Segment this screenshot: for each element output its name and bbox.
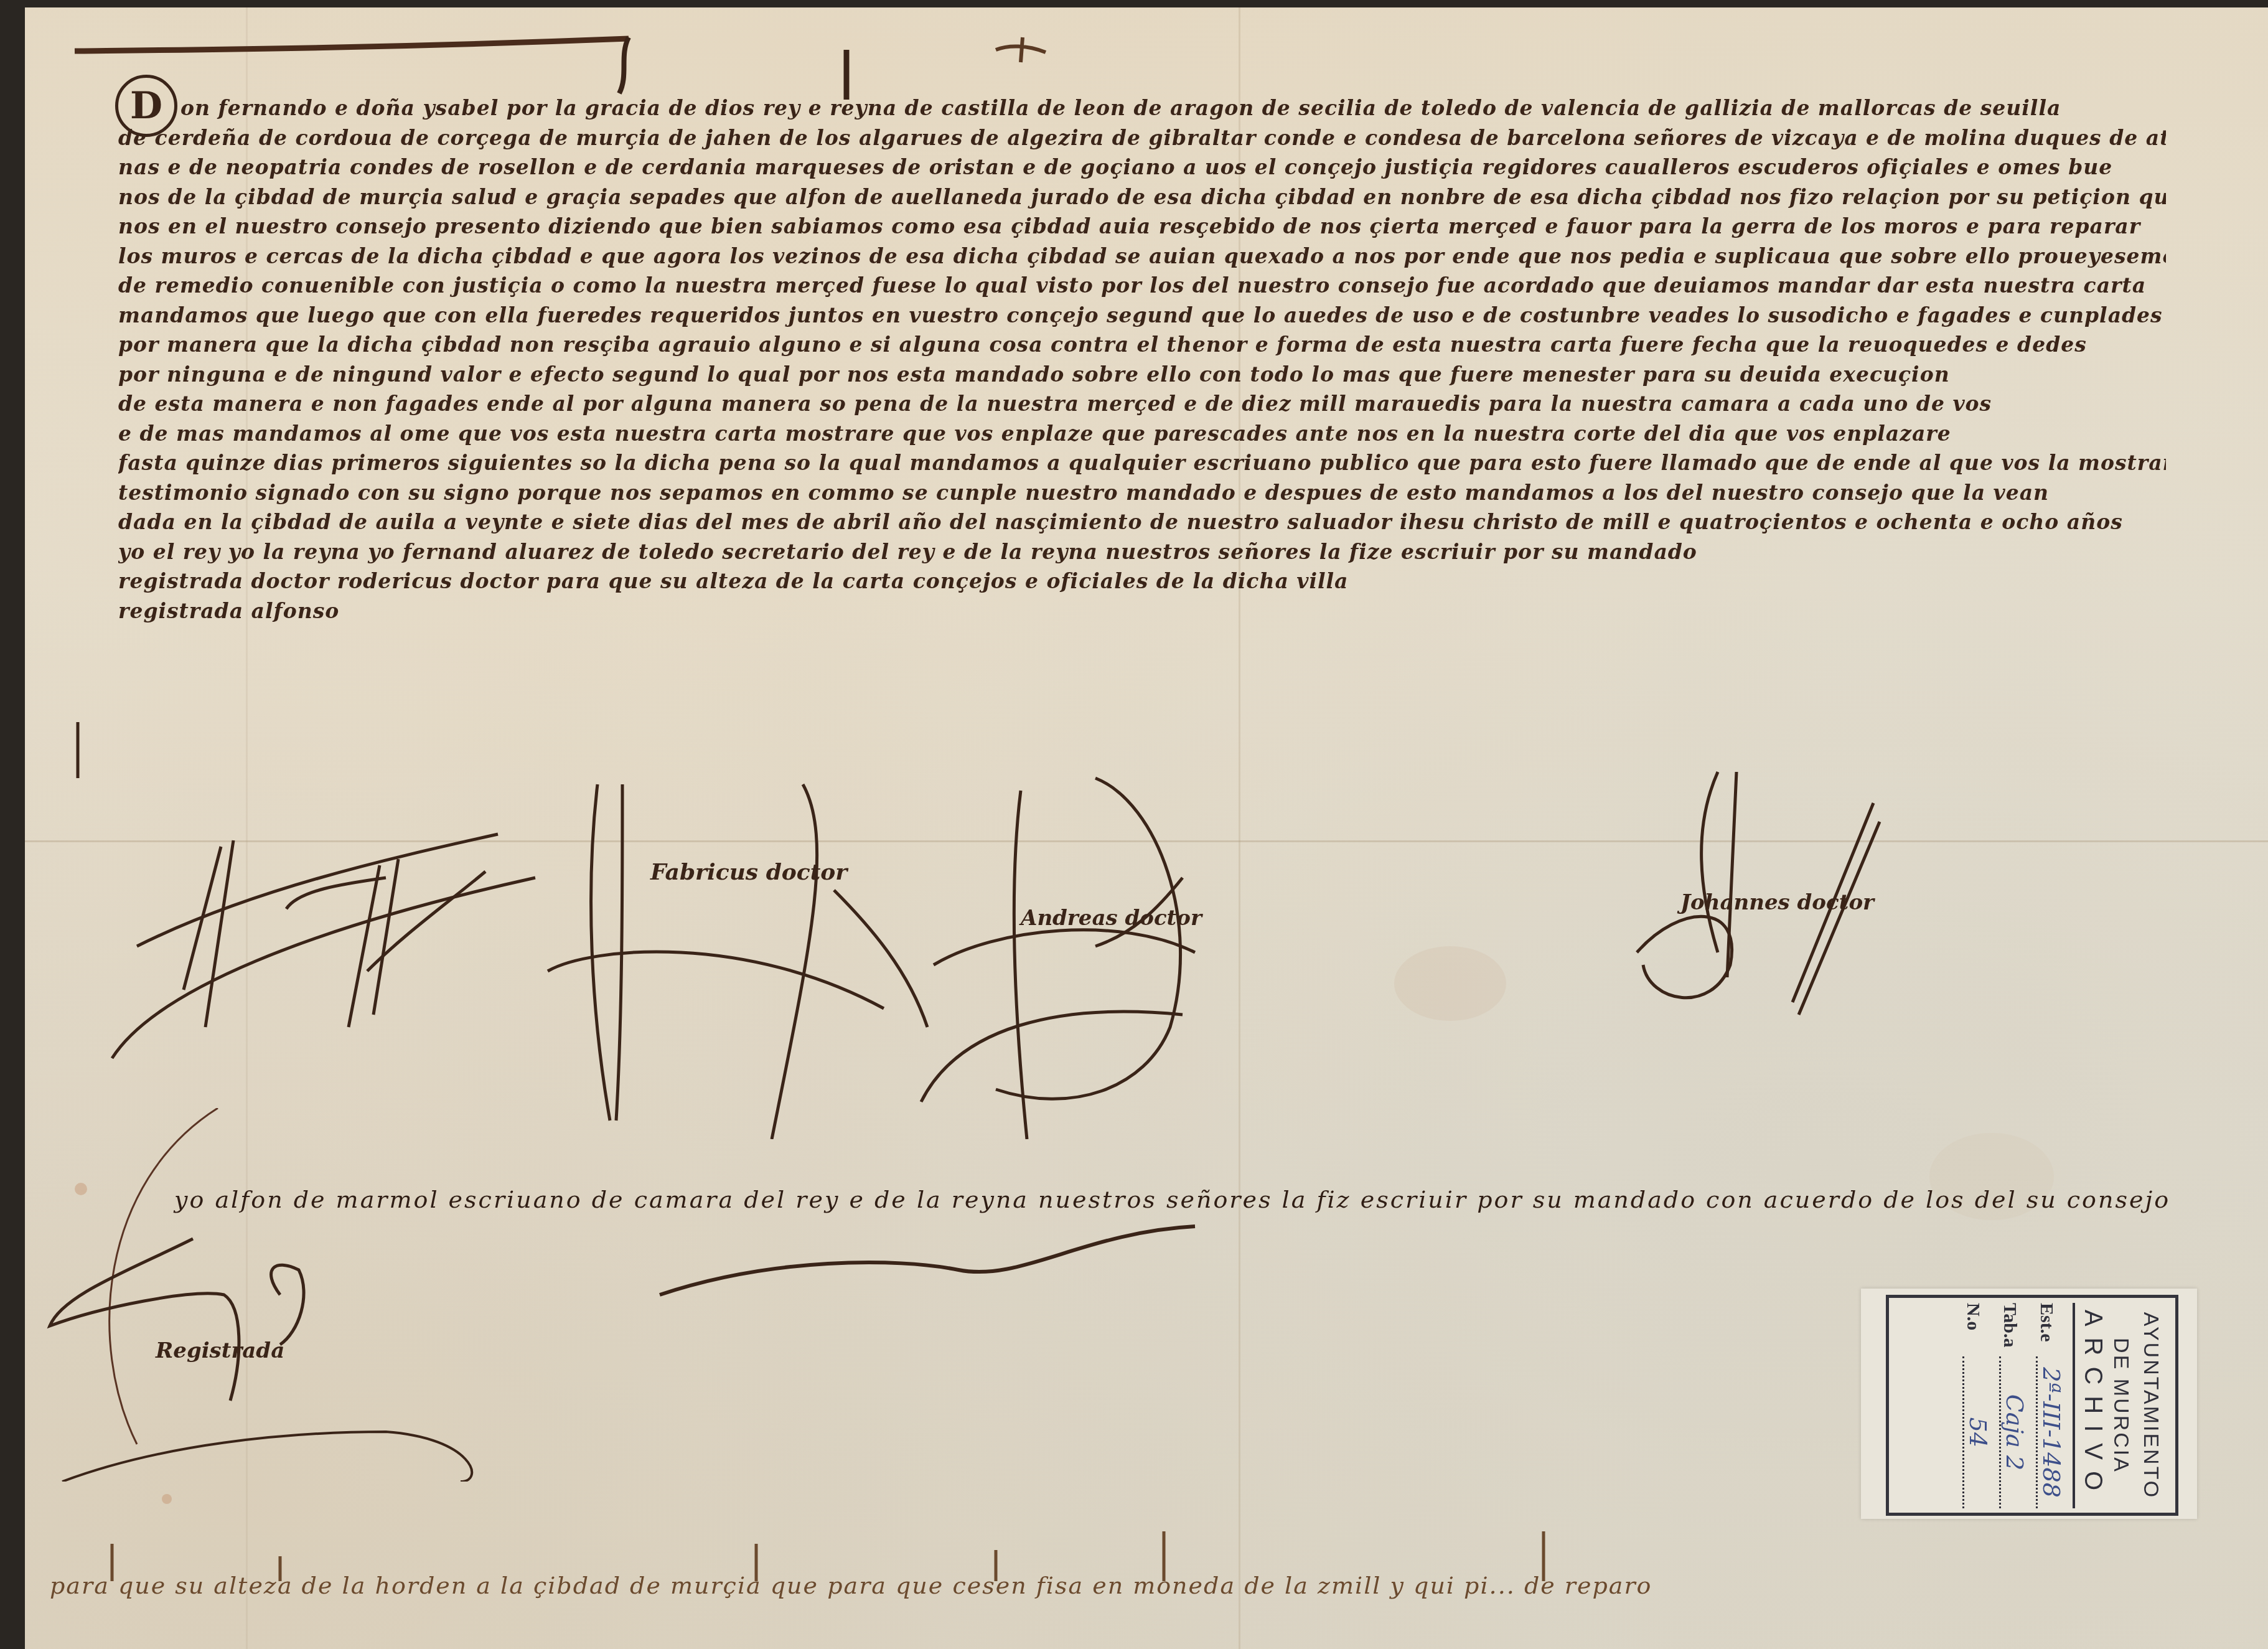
text-line: de esta manera e non fagades ende al por… (118, 389, 2166, 419)
text-line: testimonio signado con su signo porque n… (118, 478, 2166, 508)
text-line: registrada doctor rodericus doctor para … (118, 566, 2166, 596)
stamp-field-key: Tab.a (1999, 1303, 2020, 1356)
stamp-field-tabla: Tab.a Caja 2 (1999, 1303, 2028, 1508)
paper-stain (162, 1494, 172, 1504)
stamp-institution-line1: AYUNTAMIENTO (2139, 1303, 2163, 1508)
signature-2-name: Fabricus doctor (650, 859, 847, 885)
registration-mark: Registrada (156, 1338, 284, 1363)
archive-stamp: AYUNTAMIENTO DE MURCIA ARCHIVO Est.e 2ª-… (1886, 1295, 2178, 1516)
stamp-field-estante: Est.e 2ª-III-1488 (2036, 1303, 2065, 1508)
stamp-institution-line2: DE MURCIA (2109, 1303, 2133, 1508)
signature-4-name: Johannes doctor (1680, 890, 1874, 915)
stamp-field-key: Est.e (2036, 1303, 2057, 1356)
text-line: mandamos que luego que con ella fueredes… (118, 301, 2166, 331)
signature-3-flourish (921, 778, 1195, 1139)
stamp-field-numero: N.o 54 (1962, 1303, 1992, 1508)
text-line: de cerdeña de cordoua de corçega de murç… (118, 123, 2166, 153)
signature-2-flourish (548, 784, 927, 1139)
text-line: por ninguna e de ningund valor e efecto … (118, 360, 2166, 390)
text-line: los muros e cercas de la dicha çibdad e … (118, 242, 2166, 271)
registration-flourish (37, 1108, 510, 1482)
text-line: yo el rey yo la reyna yo fernand aluarez… (118, 537, 2166, 567)
text-line: e de mas mandamos al ome que vos esta nu… (118, 419, 2166, 449)
text-line: registrada alfonso (118, 596, 429, 626)
notary-flourish (647, 1220, 1207, 1307)
text-line: nas e de neopatria condes de rosellon e … (118, 153, 2166, 182)
bottom-ascenders (0, 1531, 2268, 1581)
stamp-field-value: 2ª-III-1488 (2036, 1356, 2065, 1508)
top-pen-marks (0, 0, 2268, 100)
text-line: por manera que la dicha çibdad non resçi… (118, 330, 2166, 360)
text-line: nos en el nuestro consejo presento dizie… (118, 212, 2166, 242)
text-line: de remedio conuenible con justiçia o com… (118, 271, 2166, 301)
signatures-area (0, 766, 2268, 1139)
main-text-body: on fernando e doña ysabel por la gracia … (118, 93, 2166, 626)
text-line: on fernando e doña ysabel por la gracia … (118, 93, 2166, 123)
archive-stamp-content: AYUNTAMIENTO DE MURCIA ARCHIVO Est.e 2ª-… (1895, 1303, 2169, 1508)
stamp-field-value: Caja 2 (1999, 1356, 2028, 1508)
signature-3-name: Andreas doctor (1021, 906, 1202, 931)
stamp-archive-label: ARCHIVO (2073, 1303, 2107, 1508)
stamp-field-value: 54 (1962, 1356, 1992, 1508)
text-line: nos de la çibdad de murçia salud e graçi… (118, 182, 2166, 212)
stamp-field-key: N.o (1962, 1303, 1984, 1356)
text-line: fasta quinze dias primeros siguientes so… (118, 448, 2166, 478)
text-line: dada en la çibdad de auila a veynte e si… (118, 507, 2166, 537)
